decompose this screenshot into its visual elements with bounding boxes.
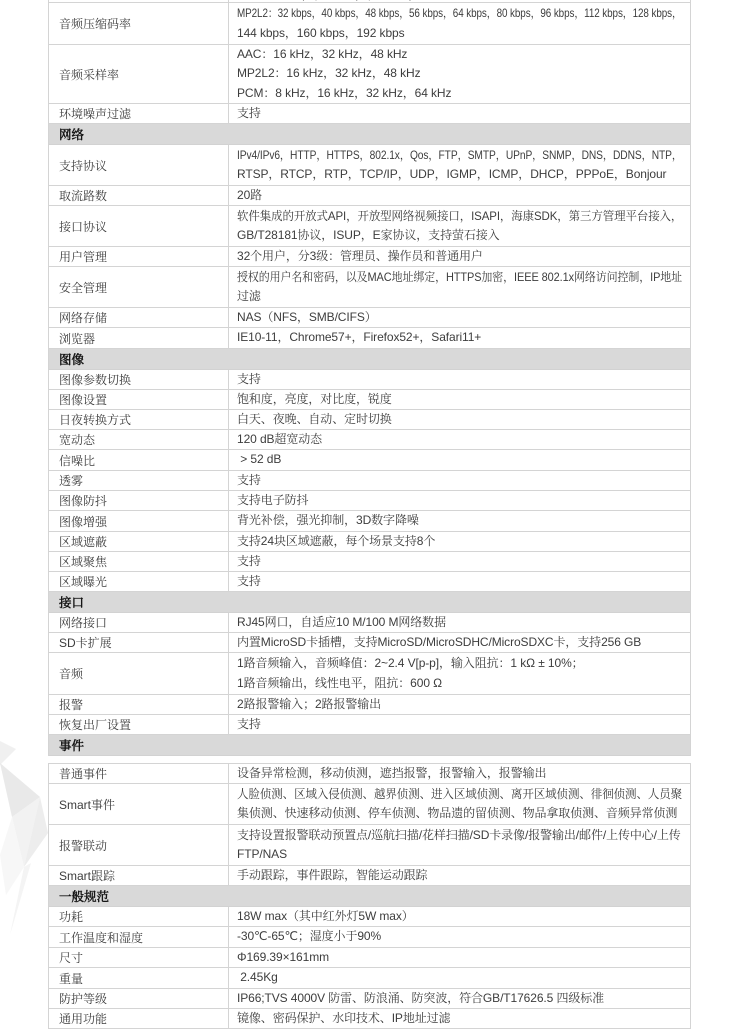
spec-label: 通用功能 bbox=[49, 1009, 229, 1028]
spec-value: IPv4/IPv6，HTTP，HTTPS，802.1x，Qos，FTP，SMTP… bbox=[229, 145, 690, 185]
spec-value: 32个用户，分3级：管理员、操作员和普通用户 bbox=[229, 247, 690, 266]
spec-label: 恢复出厂设置 bbox=[49, 715, 229, 734]
spec-label: 取流路数 bbox=[49, 186, 229, 205]
spec-row: 安全管理授权的用户名和密码，以及MAC地址绑定，HTTPS加密，IEEE 802… bbox=[49, 267, 690, 308]
spec-value: 2路报警输入；2路报警输出 bbox=[229, 695, 690, 714]
spec-value-line: 144 kbps，160 kbps，192 kbps bbox=[237, 24, 682, 44]
spec-value: 20路 bbox=[229, 186, 690, 205]
spec-value: 背光补偿，强光抑制，3D数字降噪 bbox=[229, 511, 690, 531]
spec-label: 安全管理 bbox=[49, 267, 229, 307]
spec-value: 支持电子防抖 bbox=[229, 491, 690, 510]
spec-label: 环境噪声过滤 bbox=[49, 104, 229, 123]
spec-value-line: 内置MicroSD卡插槽，支持MicroSD/MicroSDHC/MicroSD… bbox=[237, 633, 682, 652]
spec-row: 浏览器IE10-11，Chrome57+，Firefox52+，Safari11… bbox=[49, 328, 690, 349]
spec-value: 120 dB超宽动态 bbox=[229, 430, 690, 449]
spec-label: 报警联动 bbox=[49, 825, 229, 865]
spec-row: SD卡扩展内置MicroSD卡插槽，支持MicroSD/MicroSDHC/Mi… bbox=[49, 633, 690, 653]
spec-row: Smart事件人脸侦测、区域入侵侦测、越界侦测、进入区域侦测、离开区域侦测、徘徊… bbox=[49, 784, 690, 825]
spec-value-line: 授权的用户名和密码，以及MAC地址绑定，HTTPS加密，IEEE 802.1x网… bbox=[237, 268, 644, 288]
spec-value-line: MP2L2：32 kbps，40 kbps，48 kbps，56 kbps，64… bbox=[237, 4, 603, 24]
spec-value: Φ169.39×161mm bbox=[229, 948, 690, 967]
spec-label: 透雾 bbox=[49, 471, 229, 490]
spec-label: 支持协议 bbox=[49, 145, 229, 185]
spec-value-line: 120 dB超宽动态 bbox=[237, 430, 682, 449]
spec-value: 设备异常检测，移动侦测，遮挡报警，报警输入，报警输出 bbox=[229, 764, 690, 783]
spec-row: 宽动态120 dB超宽动态 bbox=[49, 430, 690, 450]
spec-row: 网络接口RJ45网口，自适应10 M/100 M网络数据 bbox=[49, 613, 690, 633]
spec-row: 透雾支持 bbox=[49, 471, 690, 491]
spec-row: 区域聚焦支持 bbox=[49, 552, 690, 572]
spec-label: 图像防抖 bbox=[49, 491, 229, 510]
spec-value-line: IP66;TVS 4000V 防雷、防浪涌、防突波，符合GB/T17626.5 … bbox=[237, 989, 682, 1008]
spec-row: 恢复出厂设置支持 bbox=[49, 715, 690, 735]
spec-value: 软件集成的开放式API，开放型网络视频接口，ISAPI，海康SDK，第三方管理平… bbox=[229, 206, 690, 246]
spec-label bbox=[49, 0, 229, 2]
spec-value-line: IPv4/IPv6，HTTP，HTTPS，802.1x，Qos，FTP，SMTP… bbox=[237, 146, 616, 166]
spec-label: 重量 bbox=[49, 968, 229, 988]
spec-value-line: 背光补偿，强光抑制，3D数字降噪 bbox=[237, 511, 682, 531]
spec-row: 区域曝光支持 bbox=[49, 572, 690, 592]
spec-label: 日夜转换方式 bbox=[49, 410, 229, 429]
spec-label: Smart事件 bbox=[49, 784, 229, 824]
spec-label: 功耗 bbox=[49, 907, 229, 926]
spec-row: 图像防抖支持电子防抖 bbox=[49, 491, 690, 511]
spec-label: 用户管理 bbox=[49, 247, 229, 266]
spec-value: -30℃-65℃；湿度小于90% bbox=[229, 927, 690, 947]
spec-value: 人脸侦测、区域入侵侦测、越界侦测、进入区域侦测、离开区域侦测、徘徊侦测、人员聚集… bbox=[229, 784, 690, 824]
spec-label: 音频 bbox=[49, 653, 229, 694]
spec-row: 取流路数20路 bbox=[49, 186, 690, 206]
spec-value-line: 支持设置报警联动预置点/巡航扫描/花样扫描/SD卡录像/报警输出/邮件/上传中心… bbox=[237, 826, 682, 846]
spec-value-line: 支持24块区域遮蔽，每个场景支持8个 bbox=[237, 532, 682, 551]
spec-row: Smart跟踪手动跟踪，事件跟踪，智能运动跟踪 bbox=[49, 866, 690, 886]
spec-value: MP2L2：32 kbps，40 kbps，48 kbps，56 kbps，64… bbox=[229, 3, 690, 44]
spec-value-line: 设备异常检测，移动侦测，遮挡报警，报警输入，报警输出 bbox=[237, 764, 682, 783]
spec-value: AAC：16 kHz，32 kHz，48 kHzMP2L2：16 kHz，32 … bbox=[229, 45, 690, 103]
spec-value-line: 人脸侦测、区域入侵侦测、越界侦测、进入区域侦测、离开区域侦测、徘徊侦测、人员聚 bbox=[237, 785, 664, 805]
spec-row: 普通事件设备异常检测，移动侦测，遮挡报警，报警输入，报警输出 bbox=[49, 764, 690, 784]
spec-value-line: IE10-11，Chrome57+，Firefox52+，Safari11+ bbox=[237, 328, 682, 348]
spec-value-line: 支持电子防抖 bbox=[237, 491, 682, 510]
spec-value-line: 过滤 bbox=[237, 287, 682, 307]
spec-label: 音频采样率 bbox=[49, 45, 229, 103]
spec-row: 图像设置饱和度，亮度，对比度，锐度 bbox=[49, 390, 690, 410]
spec-label: 报警 bbox=[49, 695, 229, 714]
spec-value-line: RJ45网口，自适应10 M/100 M网络数据 bbox=[237, 613, 682, 632]
clipped-value-line: AAC：16 kbps，32 kbps，64 kbps bbox=[237, 0, 682, 2]
spec-row: 日夜转换方式白天、夜晚、自动、定时切换 bbox=[49, 410, 690, 430]
spec-row: 报警联动支持设置报警联动预置点/巡航扫描/花样扫描/SD卡录像/报警输出/邮件/… bbox=[49, 825, 690, 866]
spec-value: 1路音频输入，音频峰值：2~2.4 V[p-p]，输入阻抗：1 kΩ ± 10%… bbox=[229, 653, 690, 694]
spec-value-line: 2路报警输入；2路报警输出 bbox=[237, 695, 682, 714]
spec-value: 支持 bbox=[229, 715, 690, 734]
spec-label: 普通事件 bbox=[49, 764, 229, 783]
spec-value: 2.45Kg bbox=[229, 968, 690, 988]
spec-value: RJ45网口，自适应10 M/100 M网络数据 bbox=[229, 613, 690, 632]
section-header: 接口 bbox=[49, 592, 690, 613]
spec-label: 图像增强 bbox=[49, 511, 229, 531]
spec-row: 用户管理32个用户，分3级：管理员、操作员和普通用户 bbox=[49, 247, 690, 267]
spec-value: NAS（NFS，SMB/CIFS） bbox=[229, 308, 690, 327]
spec-row: 支持协议IPv4/IPv6，HTTP，HTTPS，802.1x，Qos，FTP，… bbox=[49, 145, 690, 186]
spec-row: 音频压缩码率MP2L2：32 kbps，40 kbps，48 kbps，56 k… bbox=[49, 3, 690, 45]
spec-value: 支持 bbox=[229, 370, 690, 389]
spec-value: 饱和度，亮度，对比度，锐度 bbox=[229, 390, 690, 409]
spec-label: 图像设置 bbox=[49, 390, 229, 409]
spec-value-line: 镜像、密码保护、水印技术、IP地址过滤 bbox=[237, 1009, 682, 1028]
spec-row: 音频1路音频输入，音频峰值：2~2.4 V[p-p]，输入阻抗：1 kΩ ± 1… bbox=[49, 653, 690, 695]
spec-row: 环境噪声过滤支持 bbox=[49, 104, 690, 124]
spec-value: IE10-11，Chrome57+，Firefox52+，Safari11+ bbox=[229, 328, 690, 348]
spec-value: AAC：16 kbps，32 kbps，64 kbps bbox=[229, 0, 690, 2]
spec-value-line: 20路 bbox=[237, 186, 682, 205]
spec-value-line: 1路音频输入，音频峰值：2~2.4 V[p-p]，输入阻抗：1 kΩ ± 10%… bbox=[237, 654, 682, 674]
section-header: 事件 bbox=[49, 735, 690, 756]
spec-label: 网络存储 bbox=[49, 308, 229, 327]
spec-value-line: AAC：16 kHz，32 kHz，48 kHz bbox=[237, 45, 682, 64]
spec-label: 网络接口 bbox=[49, 613, 229, 632]
spec-value-line: MP2L2：16 kHz，32 kHz，48 kHz bbox=[237, 64, 682, 83]
section-header: 图像 bbox=[49, 349, 690, 370]
spec-value: 手动跟踪，事件跟踪，智能运动跟踪 bbox=[229, 866, 690, 885]
spec-label: 区域遮蔽 bbox=[49, 532, 229, 551]
spec-table: AAC：16 kbps，32 kbps，64 kbps音频压缩码率MP2L2：3… bbox=[48, 0, 691, 1029]
spec-row: 音频采样率AAC：16 kHz，32 kHz，48 kHzMP2L2：16 kH… bbox=[49, 45, 690, 104]
spec-label: 防护等级 bbox=[49, 989, 229, 1008]
spec-value: 内置MicroSD卡插槽，支持MicroSD/MicroSDHC/MicroSD… bbox=[229, 633, 690, 652]
section-header: 网络 bbox=[49, 124, 690, 145]
spec-value-line: 饱和度，亮度，对比度，锐度 bbox=[237, 390, 682, 409]
spec-value-line: 支持 bbox=[237, 552, 682, 571]
spec-value: IP66;TVS 4000V 防雷、防浪涌、防突波，符合GB/T17626.5 … bbox=[229, 989, 690, 1008]
spec-value-line: 支持 bbox=[237, 370, 682, 389]
table-segment: 普通事件设备异常检测，移动侦测，遮挡报警，报警输入，报警输出Smart事件人脸侦… bbox=[48, 763, 691, 1029]
spec-label: 图像参数切换 bbox=[49, 370, 229, 389]
spec-row: 工作温度和湿度-30℃-65℃；湿度小于90% bbox=[49, 927, 690, 948]
spec-value: 授权的用户名和密码，以及MAC地址绑定，HTTPS加密，IEEE 802.1x网… bbox=[229, 267, 690, 307]
spec-label: 接口协议 bbox=[49, 206, 229, 246]
spec-row: 信噪比 > 52 dB bbox=[49, 450, 690, 471]
spec-value-line: 32个用户，分3级：管理员、操作员和普通用户 bbox=[237, 247, 682, 266]
spec-label: Smart跟踪 bbox=[49, 866, 229, 885]
spec-label: 工作温度和湿度 bbox=[49, 927, 229, 947]
spec-value: > 52 dB bbox=[229, 450, 690, 470]
spec-value: 支持 bbox=[229, 572, 690, 591]
spec-value: 18W max（其中红外灯5W max） bbox=[229, 907, 690, 926]
spec-value-line: FTP/NAS bbox=[237, 845, 682, 865]
spec-page: AAC：16 kbps，32 kbps，64 kbps音频压缩码率MP2L2：3… bbox=[0, 0, 750, 1036]
spec-value-line: 软件集成的开放式API，开放型网络视频接口，ISAPI，海康SDK，第三方管理平… bbox=[237, 207, 662, 227]
spec-value-line: -30℃-65℃；湿度小于90% bbox=[237, 927, 682, 947]
spec-row: 防护等级IP66;TVS 4000V 防雷、防浪涌、防突波，符合GB/T1762… bbox=[49, 989, 690, 1009]
spec-value: 支持 bbox=[229, 552, 690, 571]
spec-row: 网络存储NAS（NFS，SMB/CIFS） bbox=[49, 308, 690, 328]
spec-value-line: NAS（NFS，SMB/CIFS） bbox=[237, 308, 682, 327]
spec-value-line: 2.45Kg bbox=[237, 968, 682, 988]
table-gap bbox=[48, 756, 691, 763]
spec-label: 尺寸 bbox=[49, 948, 229, 967]
spec-value-line: 支持 bbox=[237, 715, 682, 734]
spec-row: 尺寸Φ169.39×161mm bbox=[49, 948, 690, 968]
spec-label: 浏览器 bbox=[49, 328, 229, 348]
spec-value: 支持 bbox=[229, 471, 690, 490]
spec-value: 支持 bbox=[229, 104, 690, 123]
spec-row: 图像增强背光补偿，强光抑制，3D数字降噪 bbox=[49, 511, 690, 532]
spec-label: 信噪比 bbox=[49, 450, 229, 470]
spec-row: 图像参数切换支持 bbox=[49, 370, 690, 390]
spec-label: SD卡扩展 bbox=[49, 633, 229, 652]
spec-value-line: 18W max（其中红外灯5W max） bbox=[237, 907, 682, 926]
spec-label: 音频压缩码率 bbox=[49, 3, 229, 44]
table-segment: AAC：16 kbps，32 kbps，64 kbps音频压缩码率MP2L2：3… bbox=[48, 0, 691, 756]
spec-value-line: > 52 dB bbox=[237, 450, 682, 470]
spec-value-line: 1路音频输出，线性电平，阻抗：600 Ω bbox=[237, 674, 682, 694]
spec-row: 重量 2.45Kg bbox=[49, 968, 690, 989]
spec-value-line: PCM：8 kHz，16 kHz，32 kHz，64 kHz bbox=[237, 84, 682, 103]
spec-label: 区域曝光 bbox=[49, 572, 229, 591]
spec-value-line: 手动跟踪，事件跟踪，智能运动跟踪 bbox=[237, 866, 682, 885]
spec-value-line: 支持 bbox=[237, 572, 682, 591]
spec-value-line: GB/T28181协议，ISUP，E家协议，支持萤石接入 bbox=[237, 226, 682, 246]
spec-label: 宽动态 bbox=[49, 430, 229, 449]
spec-row: 接口协议软件集成的开放式API，开放型网络视频接口，ISAPI，海康SDK，第三… bbox=[49, 206, 690, 247]
spec-value-line: 支持 bbox=[237, 471, 682, 490]
spec-row: 功耗18W max（其中红外灯5W max） bbox=[49, 907, 690, 927]
spec-value: 镜像、密码保护、水印技术、IP地址过滤 bbox=[229, 1009, 690, 1028]
spec-value: 白天、夜晚、自动、定时切换 bbox=[229, 410, 690, 429]
spec-row: 通用功能镜像、密码保护、水印技术、IP地址过滤 bbox=[49, 1009, 690, 1029]
section-header: 一般规范 bbox=[49, 886, 690, 907]
spec-value-line: 集侦测、快速移动侦测、停车侦测、物品遗的留侦测、物品拿取侦测、音频异常侦测 bbox=[237, 804, 682, 824]
spec-label: 区域聚焦 bbox=[49, 552, 229, 571]
spec-value: 支持24块区域遮蔽，每个场景支持8个 bbox=[229, 532, 690, 551]
spec-value-line: RTSP，RTCP，RTP，TCP/IP，UDP，IGMP，ICMP，DHCP，… bbox=[237, 165, 682, 185]
spec-value-line: 支持 bbox=[237, 104, 682, 123]
spec-value-line: Φ169.39×161mm bbox=[237, 948, 682, 967]
spec-row: 报警2路报警输入；2路报警输出 bbox=[49, 695, 690, 715]
spec-value-line: 白天、夜晚、自动、定时切换 bbox=[237, 410, 682, 429]
spec-row: 区域遮蔽支持24块区域遮蔽，每个场景支持8个 bbox=[49, 532, 690, 552]
spec-value: 支持设置报警联动预置点/巡航扫描/花样扫描/SD卡录像/报警输出/邮件/上传中心… bbox=[229, 825, 690, 865]
